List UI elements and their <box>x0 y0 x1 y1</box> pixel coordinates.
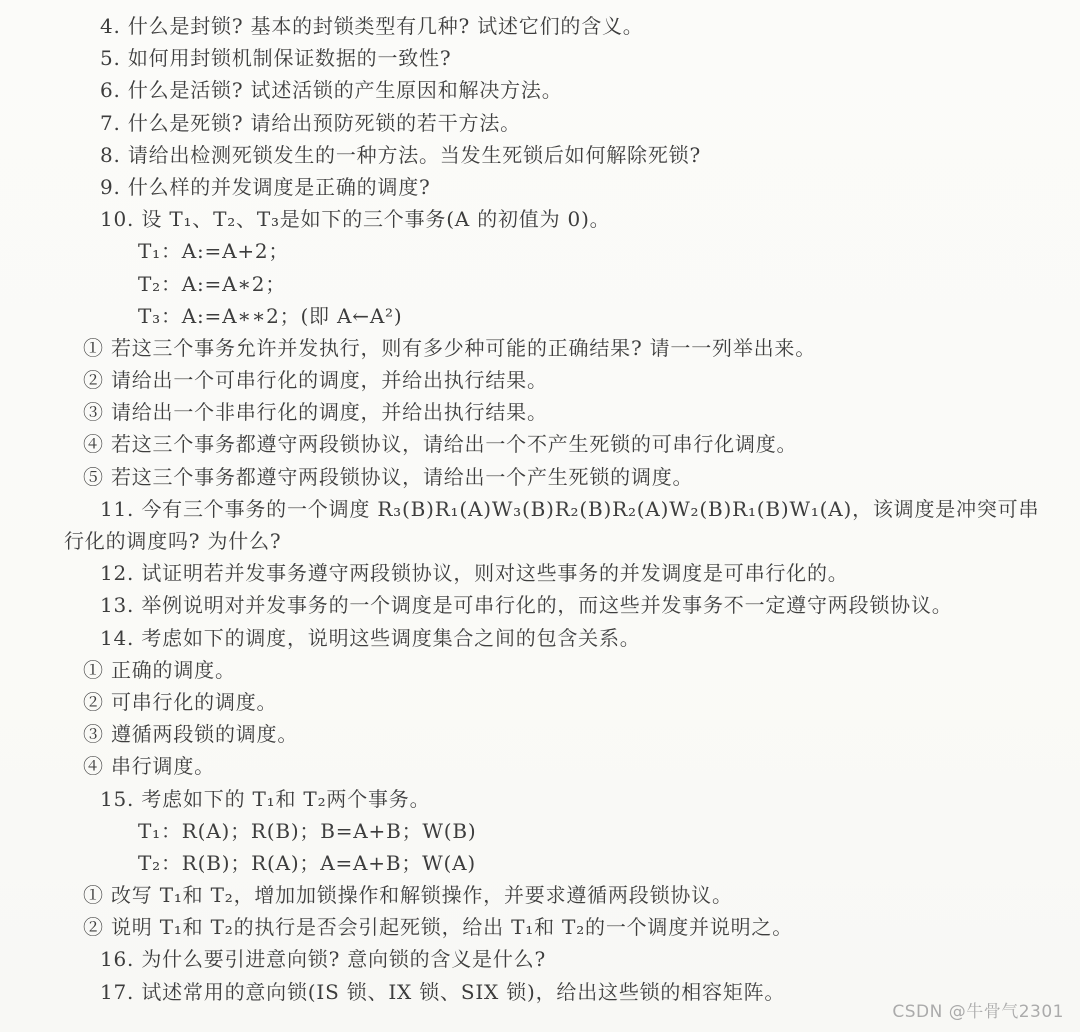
text-line-q15: 15. 考虑如下的 T₁和 T₂两个事务。 <box>64 783 1072 815</box>
text-line-q10-sub1: ① 若这三个事务允许并发执行，则有多少种可能的正确结果? 请一一列举出来。 <box>64 332 1072 364</box>
text-line-q15-sub1: ① 改写 T₁和 T₂，增加加锁操作和解锁操作，并要求遵循两段锁协议。 <box>64 879 1072 911</box>
text-line-q15-t2: T₂：R(B)；R(A)；A=A+B；W(A) <box>64 847 1072 879</box>
csdn-watermark: CSDN @牛骨气2301 <box>892 997 1064 1022</box>
text-line-q11: 11. 今有三个事务的一个调度 R₃(B)R₁(A)W₃(B)R₂(B)R₂(A… <box>64 493 1072 525</box>
text-line-q10: 10. 设 T₁、T₂、T₃是如下的三个事务(A 的初值为 0)。 <box>64 203 1072 235</box>
text-line-q11-wrap: 行化的调度吗? 为什么? <box>64 525 1072 557</box>
document-page: 4. 什么是封锁? 基本的封锁类型有几种? 试述它们的含义。5. 如何用封锁机制… <box>0 0 1080 1032</box>
text-line-q10-sub4: ④ 若这三个事务都遵守两段锁协议，请给出一个不产生死锁的可串行化调度。 <box>64 428 1072 460</box>
text-line-q12: 12. 试证明若并发事务遵守两段锁协议，则对这些事务的并发调度是可串行化的。 <box>64 557 1072 589</box>
text-line-q15-t1: T₁：R(A)；R(B)；B=A+B；W(B) <box>64 815 1072 847</box>
text-line-q14-sub2: ② 可串行化的调度。 <box>64 686 1072 718</box>
text-line-q10-sub3: ③ 请给出一个非串行化的调度，并给出执行结果。 <box>64 396 1072 428</box>
text-line-q6: 6. 什么是活锁? 试述活锁的产生原因和解决方法。 <box>64 74 1072 106</box>
text-line-q10-t2: T₂：A:=A∗2； <box>64 268 1072 300</box>
text-line-q14-sub4: ④ 串行调度。 <box>64 750 1072 782</box>
text-line-q10-sub5: ⑤ 若这三个事务都遵守两段锁协议，请给出一个产生死锁的调度。 <box>64 461 1072 493</box>
text-line-q16: 16. 为什么要引进意向锁? 意向锁的含义是什么? <box>64 943 1072 975</box>
text-line-q9: 9. 什么样的并发调度是正确的调度? <box>64 171 1072 203</box>
text-line-q10-sub2: ② 请给出一个可串行化的调度，并给出执行结果。 <box>64 364 1072 396</box>
text-line-q13: 13. 举例说明对并发事务的一个调度是可串行化的，而这些并发事务不一定遵守两段锁… <box>64 589 1072 621</box>
text-line-q8: 8. 请给出检测死锁发生的一种方法。当发生死锁后如何解除死锁? <box>64 139 1072 171</box>
text-line-q15-sub2: ② 说明 T₁和 T₂的执行是否会引起死锁，给出 T₁和 T₂的一个调度并说明之… <box>64 911 1072 943</box>
text-line-q14-sub3: ③ 遵循两段锁的调度。 <box>64 718 1072 750</box>
text-line-q10-t3: T₃：A:=A∗∗2；(即 A←A²) <box>64 300 1072 332</box>
text-line-q5: 5. 如何用封锁机制保证数据的一致性? <box>64 42 1072 74</box>
exercise-question-list: 4. 什么是封锁? 基本的封锁类型有几种? 试述它们的含义。5. 如何用封锁机制… <box>64 10 1072 1008</box>
text-line-q7: 7. 什么是死锁? 请给出预防死锁的若干方法。 <box>64 107 1072 139</box>
text-line-q14: 14. 考虑如下的调度，说明这些调度集合之间的包含关系。 <box>64 622 1072 654</box>
text-line-q10-t1: T₁：A:=A+2； <box>64 235 1072 267</box>
text-line-q14-sub1: ① 正确的调度。 <box>64 654 1072 686</box>
text-line-q4: 4. 什么是封锁? 基本的封锁类型有几种? 试述它们的含义。 <box>64 10 1072 42</box>
